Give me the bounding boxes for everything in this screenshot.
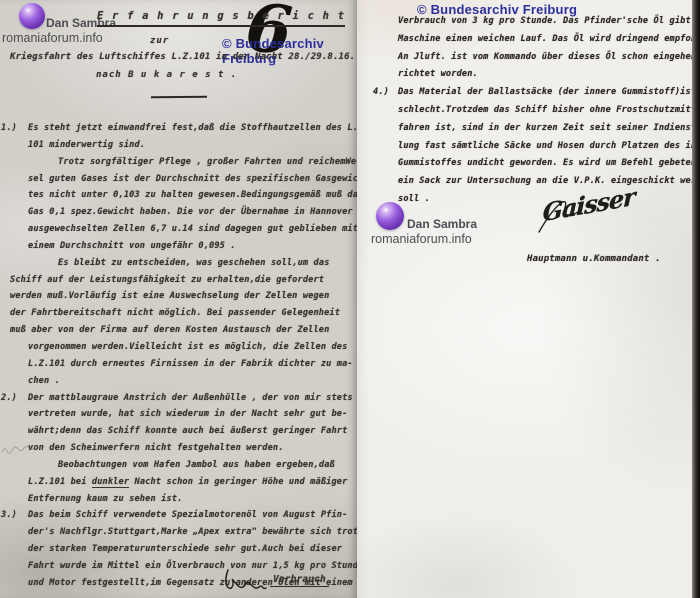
text-line: chen .	[0, 373, 356, 390]
line-text: L.Z.101 bei dunkler Nacht schon in gerin…	[0, 474, 347, 491]
line-text: Maschine einen weichen Lauf. Das Öl wird…	[373, 31, 692, 49]
watermark-right: Dan Sambra romaniaforum.info	[371, 200, 491, 250]
line-text: Es steht jetzt einwandfrei fest,daß die …	[0, 120, 357, 137]
text-line: L.Z.101 durch erneutes Firnissen in der …	[0, 356, 356, 373]
handwritten-initials	[222, 566, 268, 594]
line-text: lung fast sämtliche Säcke und Hosen durc…	[373, 138, 692, 156]
item-number: 3.)	[1, 507, 17, 524]
text-line: einem Durchschnitt von ungefähr 0,095 .	[0, 238, 356, 255]
line-text: der Fahrtbereitschaft nicht möglich. Bei…	[0, 305, 340, 322]
pencil-margin-note	[0, 441, 42, 457]
line-text: sel guten Gases ist der Durchschnitt des…	[0, 171, 357, 188]
title-connector: zur	[150, 36, 169, 46]
item-number: 2.)	[1, 390, 17, 407]
subject-line: Kriegsfahrt des Luftschiffes L.Z.101 in …	[10, 52, 355, 62]
text-line: von den Scheinwerfern nicht festgehalten…	[0, 440, 356, 457]
line-text: An Jluft. ist vom Kommando über dieses Ö…	[373, 49, 692, 67]
text-line: 4.)Das Material der Ballastsäcke (der in…	[373, 84, 692, 102]
text-line: tes nicht unter 0,103 zu halten gewesen.…	[0, 187, 356, 204]
romaniaforum-logo-icon	[19, 3, 45, 29]
text-line: Schiff auf der Leistungsfähigkeit zu erh…	[0, 272, 356, 289]
text-line: ausgewechselten Zellen 6,7 u.14 sind dag…	[0, 221, 356, 238]
line-text: Es bleibt zu entscheiden, was geschehen …	[0, 255, 330, 272]
text-line: L.Z.101 bei dunkler Nacht schon in gerin…	[0, 474, 356, 491]
line-text: Trotz sorgfältiger Pflege , großer Fahrt…	[0, 154, 357, 171]
line-text: fahren ist, sind in der kurzen Zeit seit…	[373, 120, 692, 138]
title-separator-rule	[151, 96, 207, 99]
line-text: währt;denn das Schiff konnte auch bei äu…	[0, 423, 347, 440]
line-text: schlecht.Trotzdem das Schiff bisher ohne…	[373, 102, 692, 120]
item-number: 4.)	[373, 84, 389, 102]
page-right: © Bundesarchiv Freiburg Verbrauch von 3 …	[357, 0, 692, 598]
typed-body-right: Verbrauch von 3 kg pro Stunde. Das Pfind…	[373, 13, 692, 209]
line-text: Das Material der Ballastsäcke (der inner…	[373, 84, 692, 102]
underlined-word: dunkler	[92, 477, 129, 488]
typed-body-left: 1.)Es steht jetzt einwandfrei fest,daß d…	[0, 120, 356, 592]
watermark-site: romaniaforum.info	[2, 31, 103, 45]
text-line: werden muß.Vorläufig ist eine Auswechsel…	[0, 288, 356, 305]
text-line: 2.)Der mattblaugraue Anstrich der Außenh…	[0, 390, 356, 407]
line-text: der starken Temperaturunterschiede sehr …	[0, 541, 342, 558]
line-text: Gas 0,1 spez.Gewicht haben. Die vor der …	[0, 204, 353, 221]
text-line: Gas 0,1 spez.Gewicht haben. Die vor der …	[0, 204, 356, 221]
line-text: Beobachtungen vom Hafen Jambol aus haben…	[0, 457, 335, 474]
text-line: muß aber von der Firma auf deren Kosten …	[0, 322, 356, 339]
text-line: lung fast sämtliche Säcke und Hosen durc…	[373, 138, 692, 156]
text-line: der Fahrtbereitschaft nicht möglich. Bei…	[0, 305, 356, 322]
signer-rank: Hauptmann u.Kommandant .	[527, 254, 661, 264]
text-line: vorgenommen werden.Vielleicht ist es mög…	[0, 339, 356, 356]
text-line: Verbrauch von 3 kg pro Stunde. Das Pfind…	[373, 13, 692, 31]
text-line: 101 minderwertig sind.	[0, 137, 356, 154]
text-line: sel guten Gases ist der Durchschnitt des…	[0, 171, 356, 188]
catchword: Verbrauch	[270, 574, 329, 587]
line-text: L.Z.101 durch erneutes Firnissen in der …	[0, 356, 353, 373]
line-text: Der mattblaugraue Anstrich der Außenhüll…	[0, 390, 353, 407]
item-number: 1.)	[1, 120, 17, 137]
text-line: Trotz sorgfältiger Pflege , großer Fahrt…	[0, 154, 356, 171]
line-text: richtet worden.	[373, 66, 478, 84]
line-text: Verbrauch von 3 kg pro Stunde. Das Pfind…	[373, 13, 692, 31]
line-text: einem Durchschnitt von ungefähr 0,095 .	[0, 238, 236, 255]
text-line: Maschine einen weichen Lauf. Das Öl wird…	[373, 31, 692, 49]
document-scan: Dan Sambra romaniaforum.info 6 E r f a h…	[0, 0, 700, 598]
line-text: von den Scheinwerfern nicht festgehalten…	[0, 440, 284, 457]
line-text: vertreten wurde, hat sich wiederum in de…	[0, 406, 347, 423]
text-line: Entfernung kaum zu sehen ist.	[0, 491, 356, 508]
text-line: der starken Temperaturunterschiede sehr …	[0, 541, 356, 558]
text-line: fahren ist, sind in der kurzen Zeit seit…	[373, 120, 692, 138]
line-text: chen .	[0, 373, 60, 390]
line-text: werden muß.Vorläufig ist eine Auswechsel…	[0, 288, 329, 305]
subject-line-2: nach B u k a r e s t .	[96, 70, 237, 80]
line-text: der's Nachflgr.Stuttgart,Marke „Apex ext…	[0, 524, 357, 541]
text-line: vertreten wurde, hat sich wiederum in de…	[0, 406, 356, 423]
watermark-site: romaniaforum.info	[371, 232, 472, 246]
document-title: E r f a h r u n g s b e r i c h t	[97, 10, 345, 27]
watermark-owner: Dan Sambra	[407, 217, 477, 231]
text-line: währt;denn das Schiff konnte auch bei äu…	[0, 423, 356, 440]
text-line: schlecht.Trotzdem das Schiff bisher ohne…	[373, 102, 692, 120]
text-line: Beobachtungen vom Hafen Jambol aus haben…	[0, 457, 356, 474]
text-line: der's Nachflgr.Stuttgart,Marke „Apex ext…	[0, 524, 356, 541]
text-line: Es bleibt zu entscheiden, was geschehen …	[0, 255, 356, 272]
line-text: Das beim Schiff verwendete Spezialmotore…	[0, 507, 347, 524]
text-line: An Jluft. ist vom Kommando über dieses Ö…	[373, 49, 692, 67]
page-left: Dan Sambra romaniaforum.info 6 E r f a h…	[0, 0, 357, 598]
catchword-row: Verbrauch	[222, 566, 352, 596]
text-line: 1.)Es steht jetzt einwandfrei fest,daß d…	[0, 120, 356, 137]
line-text: muß aber von der Firma auf deren Kosten …	[0, 322, 329, 339]
line-text: Gummistoffes undicht geworden. Es wird u…	[373, 155, 692, 173]
text-line: richtet worden.	[373, 66, 692, 84]
text-line: Gummistoffes undicht geworden. Es wird u…	[373, 155, 692, 173]
line-text: ausgewechselten Zellen 6,7 u.14 sind dag…	[0, 221, 357, 238]
scan-edge-shadow	[692, 0, 700, 598]
line-text: vorgenommen werden.Vielleicht ist es mög…	[0, 339, 347, 356]
line-text: Entfernung kaum zu sehen ist.	[0, 491, 182, 508]
line-text: Schiff auf der Leistungsfähigkeit zu erh…	[0, 272, 324, 289]
text-line: 3.)Das beim Schiff verwendete Spezialmot…	[0, 507, 356, 524]
romaniaforum-logo-icon	[376, 202, 404, 230]
line-text: 101 minderwertig sind.	[0, 137, 145, 154]
line-text: tes nicht unter 0,103 zu halten gewesen.…	[0, 187, 357, 204]
